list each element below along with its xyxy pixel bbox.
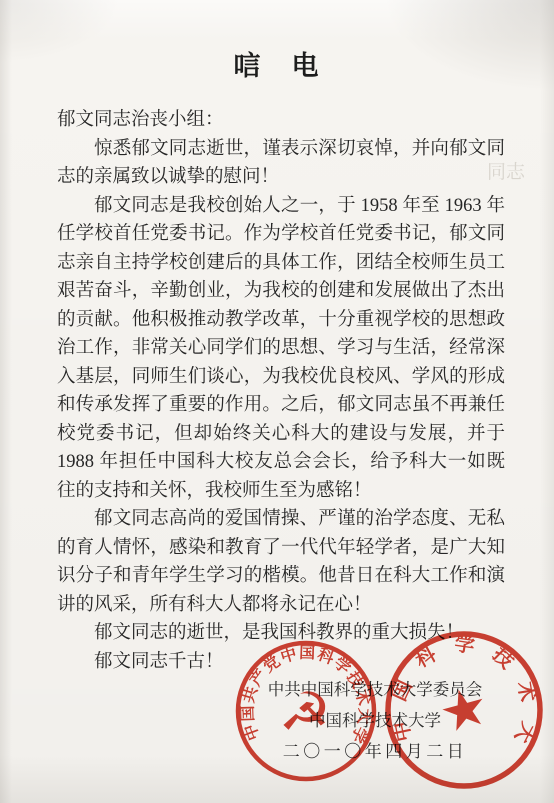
paragraph: 郁文同志是我校创始人之一，于 1958 年至 1963 年任学校首任党委书记。作… (57, 192, 505, 506)
hammer-sickle-icon: ☭ (276, 678, 335, 749)
salutation-line: 郁文同志治丧小组： (57, 106, 505, 135)
party-committee-seal: 中国共产党中国科学技术大学委员会 ☭ (226, 631, 386, 791)
paragraph: 郁文同志高尚的爱国情操、严谨的治学态度、无私的育人情怀，感染和教育了一代代年轻学… (57, 505, 505, 619)
scan-bleedthrough-text: 同志 (487, 157, 525, 184)
page-title: 唁 电 (0, 44, 554, 83)
paragraph: 惊悉郁文同志逝世，谨表示深切哀悼，并向郁文同志的亲属致以诚挚的慰问！ (57, 135, 505, 192)
university-seal: 中国科学技术大学 ★ (376, 622, 552, 798)
condolence-letter-page: 唁 电 同志 郁文同志治丧小组： 惊悉郁文同志逝世，谨表示深切哀悼，并向郁文同志… (0, 0, 554, 803)
letter-body: 郁文同志治丧小组： 惊悉郁文同志逝世，谨表示深切哀悼，并向郁文同志的亲属致以诚挚… (57, 106, 505, 676)
star-icon: ★ (432, 673, 495, 746)
